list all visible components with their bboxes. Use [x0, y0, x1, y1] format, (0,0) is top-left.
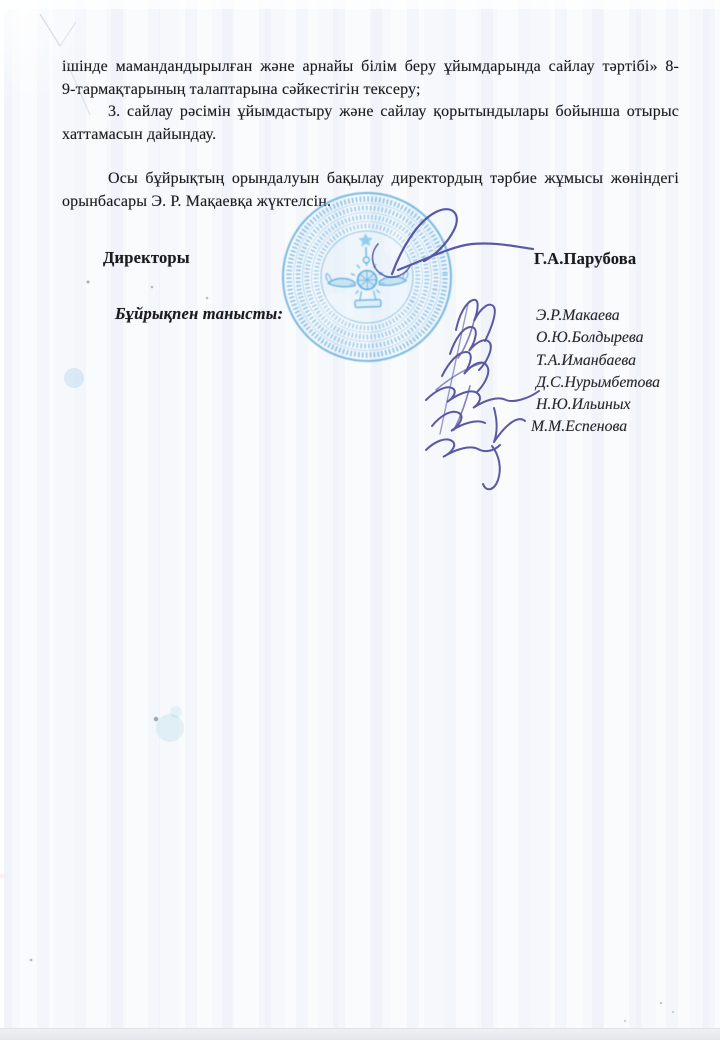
acknowledgement-label: Бұйрықпен танысты:: [115, 304, 283, 324]
body-text-line: ішінде мамандандырылған және арнайы білі…: [62, 56, 679, 78]
body-text-line: хаттамасын дайындау.: [62, 124, 679, 146]
ink-and-artifacts-overlay: [0, 0, 720, 1040]
page-left-edge: [0, 0, 4, 1040]
scan-bottom-edge: [0, 1028, 720, 1040]
signatory-name: Н.Ю.Ильиных: [536, 394, 660, 416]
signatory-name: М.М.Еспенова: [531, 416, 660, 438]
signatory-names-list: Э.Р.Макаева О.Ю.Болдырева Т.А.Иманбаева …: [536, 305, 660, 439]
signatory-name: О.Ю.Болдырева: [536, 327, 660, 349]
signatory-name: Д.С.Нурымбетова: [536, 372, 660, 394]
signatory-name: Т.А.Иманбаева: [536, 350, 660, 372]
director-name: Г.А.Парубова: [534, 249, 636, 269]
body-text-line: 9-тармақтарының талаптарына сәйкестігін …: [62, 79, 679, 101]
official-round-stamp-icon: [274, 184, 460, 370]
page-top-edge: [0, 0, 720, 9]
scanned-order-page: { "doc": { "lines": [ "ішінде маманданды…: [0, 0, 720, 1040]
director-label: Директоры: [103, 248, 190, 268]
body-text-line: 3. сайлау рәсімін ұйымдастыру және сайла…: [62, 101, 679, 123]
signatory-name: Э.Р.Макаева: [536, 305, 660, 327]
